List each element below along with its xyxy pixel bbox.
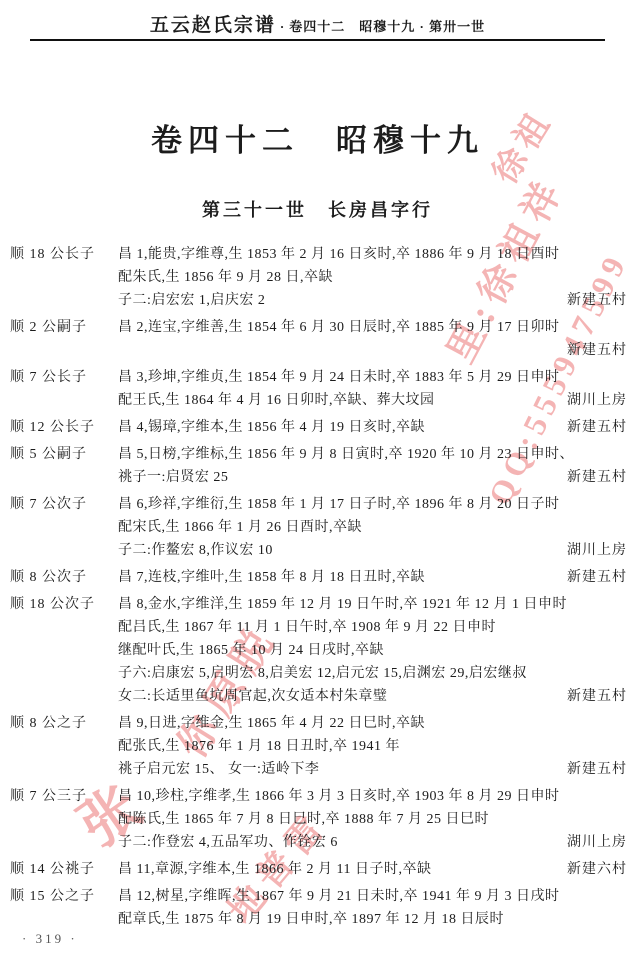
genealogy-entry: 顺 18 公次子昌 8,金水,字维洋,生 1859 年 12 月 19 日午时,… (10, 593, 627, 708)
village-label: 湖川上房 (567, 831, 627, 854)
village-label: 新建六村 (567, 858, 627, 881)
generation-label: 顺 5 公嗣子 (10, 443, 118, 489)
page-header: 五云赵氏宗谱 · 卷四十二 昭穆十九 · 第卅一世 (0, 10, 635, 37)
genealogy-entry: 顺 8 公次子昌 7,连枝,字维叶,生 1858 年 8 月 18 日丑时,卒缺… (10, 566, 627, 589)
entry-line: 昌 2,连宝,字维善,生 1854 年 6 月 30 日辰时,卒 1885 年 … (118, 316, 627, 339)
entry-line-text: 昌 12,树星,字维晖,生 1867 年 9 月 21 日未时,卒 1941 年… (118, 885, 627, 908)
entry-line: 继配叶氏,生 1865 年 10 月 24 日戌时,卒缺 (118, 639, 627, 662)
generation-label: 顺 7 公次子 (10, 493, 118, 562)
genealogy-entry: 顺 7 公三子昌 10,珍柱,字维孝,生 1866 年 3 月 3 日亥时,卒 … (10, 785, 627, 854)
entry-line-text: 昌 7,连枝,字维叶,生 1858 年 8 月 18 日丑时,卒缺 (118, 566, 567, 589)
entry-line-text: 昌 5,日榜,字维标,生 1856 年 9 月 8 日寅时,卒 1920 年 1… (118, 443, 627, 466)
generation-label: 顺 2 公嗣子 (10, 316, 118, 362)
genealogy-entry: 顺 7 公次子昌 6,珍祥,字维衍,生 1858 年 1 月 17 日子时,卒 … (10, 493, 627, 562)
entry-line-text (118, 339, 567, 362)
header-sub-info: 卷四十二 昭穆十九 · 第卅一世 (289, 19, 485, 34)
header-rule (30, 39, 605, 41)
entry-line-text: 祧子启元宏 15、 女一:适岭下李 (118, 758, 567, 781)
entry-line-text: 配王氏,生 1864 年 4 月 16 日卯时,卒缺、葬大坟园 (118, 389, 567, 412)
volume-title: 卷四十二 昭穆十九 (0, 115, 635, 160)
entry-line-text: 子二:作鳌宏 8,作议宏 10 (118, 539, 567, 562)
entry-line: 配陈氏,生 1865 年 7 月 8 日巳时,卒 1888 年 7 月 25 日… (118, 808, 627, 831)
entry-line: 昌 5,日榜,字维标,生 1856 年 9 月 8 日寅时,卒 1920 年 1… (118, 443, 627, 466)
generation-label: 顺 18 公长子 (10, 243, 118, 312)
entry-content: 昌 2,连宝,字维善,生 1854 年 6 月 30 日辰时,卒 1885 年 … (118, 316, 627, 362)
entry-content: 昌 10,珍柱,字维孝,生 1866 年 3 月 3 日亥时,卒 1903 年 … (118, 785, 627, 854)
entry-line: 祧子一:启贤宏 25新建五村 (118, 466, 627, 489)
entry-line-text: 昌 10,珍柱,字维孝,生 1866 年 3 月 3 日亥时,卒 1903 年 … (118, 785, 627, 808)
entry-line: 子六:启康宏 5,启明宏 8,启美宏 12,启元宏 15,启渊宏 29,启宏继叔 (118, 662, 627, 685)
entry-line-text: 昌 6,珍祥,字维衍,生 1858 年 1 月 17 日子时,卒 1896 年 … (118, 493, 627, 516)
entry-line: 新建五村 (118, 339, 627, 362)
entry-line: 昌 9,日进,字维金,生 1865 年 4 月 22 日巳时,卒缺 (118, 712, 627, 735)
generation-label: 顺 8 公次子 (10, 566, 118, 589)
entry-line-text: 子六:启康宏 5,启明宏 8,启美宏 12,启元宏 15,启渊宏 29,启宏继叔 (118, 662, 627, 685)
section-title: 第三十一世 长房昌字行 (0, 196, 635, 222)
village-label: 新建五村 (567, 566, 627, 589)
village-label: 新建五村 (567, 758, 627, 781)
village-label: 新建五村 (567, 339, 627, 362)
genealogy-entry: 顺 14 公祧子昌 11,章源,字维本,生 1866 年 2 月 11 日子时,… (10, 858, 627, 881)
book-title: 五云赵氏宗谱 (150, 15, 276, 36)
entry-line-text: 昌 2,连宝,字维善,生 1854 年 6 月 30 日辰时,卒 1885 年 … (118, 316, 627, 339)
entry-content: 昌 6,珍祥,字维衍,生 1858 年 1 月 17 日子时,卒 1896 年 … (118, 493, 627, 562)
entry-line-text: 昌 8,金水,字维洋,生 1859 年 12 月 19 日午时,卒 1921 年… (118, 593, 627, 616)
entry-line: 祧子启元宏 15、 女一:适岭下李新建五村 (118, 758, 627, 781)
entry-line: 子二:作鳌宏 8,作议宏 10湖川上房 (118, 539, 627, 562)
genealogy-entry: 顺 2 公嗣子昌 2,连宝,字维善,生 1854 年 6 月 30 日辰时,卒 … (10, 316, 627, 362)
village-label: 湖川上房 (567, 389, 627, 412)
generation-label: 顺 14 公祧子 (10, 858, 118, 881)
entry-line-text: 女二:长适里鱼坑周官起,次女适本村朱章璧 (118, 685, 567, 708)
entry-line: 昌 8,金水,字维洋,生 1859 年 12 月 19 日午时,卒 1921 年… (118, 593, 627, 616)
genealogy-entry: 顺 15 公之子昌 12,树星,字维晖,生 1867 年 9 月 21 日未时,… (10, 885, 627, 931)
entry-line: 昌 3,珍坤,字维贞,生 1854 年 9 月 24 日未时,卒 1883 年 … (118, 366, 627, 389)
entry-line: 昌 11,章源,字维本,生 1866 年 2 月 11 日子时,卒缺新建六村 (118, 858, 627, 881)
generation-label: 顺 7 公三子 (10, 785, 118, 854)
entry-line: 昌 10,珍柱,字维孝,生 1866 年 3 月 3 日亥时,卒 1903 年 … (118, 785, 627, 808)
entry-content: 昌 3,珍坤,字维贞,生 1854 年 9 月 24 日未时,卒 1883 年 … (118, 366, 627, 412)
entry-line: 子二:启宏宏 1,启庆宏 2新建五村 (118, 289, 627, 312)
generation-label: 顺 18 公次子 (10, 593, 118, 708)
entry-line: 配王氏,生 1864 年 4 月 16 日卯时,卒缺、葬大坟园湖川上房 (118, 389, 627, 412)
entry-line: 昌 6,珍祥,字维衍,生 1858 年 1 月 17 日子时,卒 1896 年 … (118, 493, 627, 516)
entry-line-text: 配章氏,生 1875 年 8 月 19 日申时,卒 1897 年 12 月 18… (118, 908, 627, 931)
generation-label: 顺 8 公之子 (10, 712, 118, 781)
genealogy-entry: 顺 12 公长子昌 4,锡璋,字维本,生 1856 年 4 月 19 日亥时,卒… (10, 416, 627, 439)
entry-line-text: 子二:作登宏 4,五品军功、作铨宏 6 (118, 831, 567, 854)
entry-line-text: 昌 3,珍坤,字维贞,生 1854 年 9 月 24 日未时,卒 1883 年 … (118, 366, 627, 389)
village-label: 湖川上房 (567, 539, 627, 562)
entry-content: 昌 8,金水,字维洋,生 1859 年 12 月 19 日午时,卒 1921 年… (118, 593, 627, 708)
entry-content: 昌 4,锡璋,字维本,生 1856 年 4 月 19 日亥时,卒缺新建五村 (118, 416, 627, 439)
genealogy-page: 里:徐祖祥QQ:555947599徐祖张你原脱地普雷 五云赵氏宗谱 · 卷四十二… (0, 0, 635, 968)
entry-line-text: 子二:启宏宏 1,启庆宏 2 (118, 289, 567, 312)
entry-line-text: 昌 9,日进,字维金,生 1865 年 4 月 22 日巳时,卒缺 (118, 712, 627, 735)
village-label: 新建五村 (567, 416, 627, 439)
village-label: 新建五村 (567, 289, 627, 312)
entry-line-text: 配陈氏,生 1865 年 7 月 8 日巳时,卒 1888 年 7 月 25 日… (118, 808, 627, 831)
generation-label: 顺 12 公长子 (10, 416, 118, 439)
header-separator: · (280, 19, 285, 34)
entry-content: 昌 7,连枝,字维叶,生 1858 年 8 月 18 日丑时,卒缺新建五村 (118, 566, 627, 589)
page-number: · 319 · (22, 931, 78, 947)
genealogy-entry: 顺 5 公嗣子昌 5,日榜,字维标,生 1856 年 9 月 8 日寅时,卒 1… (10, 443, 627, 489)
entry-content: 昌 5,日榜,字维标,生 1856 年 9 月 8 日寅时,卒 1920 年 1… (118, 443, 627, 489)
entry-line: 配朱氏,生 1856 年 9 月 28 日,卒缺 (118, 266, 627, 289)
entry-content: 昌 1,能贵,字维尊,生 1853 年 2 月 16 日亥时,卒 1886 年 … (118, 243, 627, 312)
entry-line: 昌 1,能贵,字维尊,生 1853 年 2 月 16 日亥时,卒 1886 年 … (118, 243, 627, 266)
entry-content: 昌 9,日进,字维金,生 1865 年 4 月 22 日巳时,卒缺配张氏,生 1… (118, 712, 627, 781)
entry-line-text: 昌 4,锡璋,字维本,生 1856 年 4 月 19 日亥时,卒缺 (118, 416, 567, 439)
village-label: 新建五村 (567, 466, 627, 489)
entry-line-text: 祧子一:启贤宏 25 (118, 466, 567, 489)
entry-content: 昌 12,树星,字维晖,生 1867 年 9 月 21 日未时,卒 1941 年… (118, 885, 627, 931)
entry-line-text: 配朱氏,生 1856 年 9 月 28 日,卒缺 (118, 266, 627, 289)
entry-line: 子二:作登宏 4,五品军功、作铨宏 6湖川上房 (118, 831, 627, 854)
entry-line-text: 配吕氏,生 1867 年 11 月 1 日午时,卒 1908 年 9 月 22 … (118, 616, 627, 639)
village-label: 新建五村 (567, 685, 627, 708)
entry-line: 昌 12,树星,字维晖,生 1867 年 9 月 21 日未时,卒 1941 年… (118, 885, 627, 908)
entry-content: 昌 11,章源,字维本,生 1866 年 2 月 11 日子时,卒缺新建六村 (118, 858, 627, 881)
entry-line: 昌 7,连枝,字维叶,生 1858 年 8 月 18 日丑时,卒缺新建五村 (118, 566, 627, 589)
entry-line-text: 昌 1,能贵,字维尊,生 1853 年 2 月 16 日亥时,卒 1886 年 … (118, 243, 627, 266)
genealogy-entry: 顺 7 公长子昌 3,珍坤,字维贞,生 1854 年 9 月 24 日未时,卒 … (10, 366, 627, 412)
entry-line: 配吕氏,生 1867 年 11 月 1 日午时,卒 1908 年 9 月 22 … (118, 616, 627, 639)
entry-line: 配宋氏,生 1866 年 1 月 26 日酉时,卒缺 (118, 516, 627, 539)
genealogy-entry: 顺 18 公长子昌 1,能贵,字维尊,生 1853 年 2 月 16 日亥时,卒… (10, 243, 627, 312)
entries-list: 顺 18 公长子昌 1,能贵,字维尊,生 1853 年 2 月 16 日亥时,卒… (10, 243, 627, 935)
entry-line: 配张氏,生 1876 年 1 月 18 日丑时,卒 1941 年 (118, 735, 627, 758)
generation-label: 顺 7 公长子 (10, 366, 118, 412)
entry-line-text: 配张氏,生 1876 年 1 月 18 日丑时,卒 1941 年 (118, 735, 627, 758)
entry-line-text: 继配叶氏,生 1865 年 10 月 24 日戌时,卒缺 (118, 639, 627, 662)
genealogy-entry: 顺 8 公之子昌 9,日进,字维金,生 1865 年 4 月 22 日巳时,卒缺… (10, 712, 627, 781)
entry-line: 昌 4,锡璋,字维本,生 1856 年 4 月 19 日亥时,卒缺新建五村 (118, 416, 627, 439)
entry-line: 女二:长适里鱼坑周官起,次女适本村朱章璧新建五村 (118, 685, 627, 708)
entry-line-text: 昌 11,章源,字维本,生 1866 年 2 月 11 日子时,卒缺 (118, 858, 567, 881)
entry-line: 配章氏,生 1875 年 8 月 19 日申时,卒 1897 年 12 月 18… (118, 908, 627, 931)
generation-label: 顺 15 公之子 (10, 885, 118, 931)
entry-line-text: 配宋氏,生 1866 年 1 月 26 日酉时,卒缺 (118, 516, 627, 539)
